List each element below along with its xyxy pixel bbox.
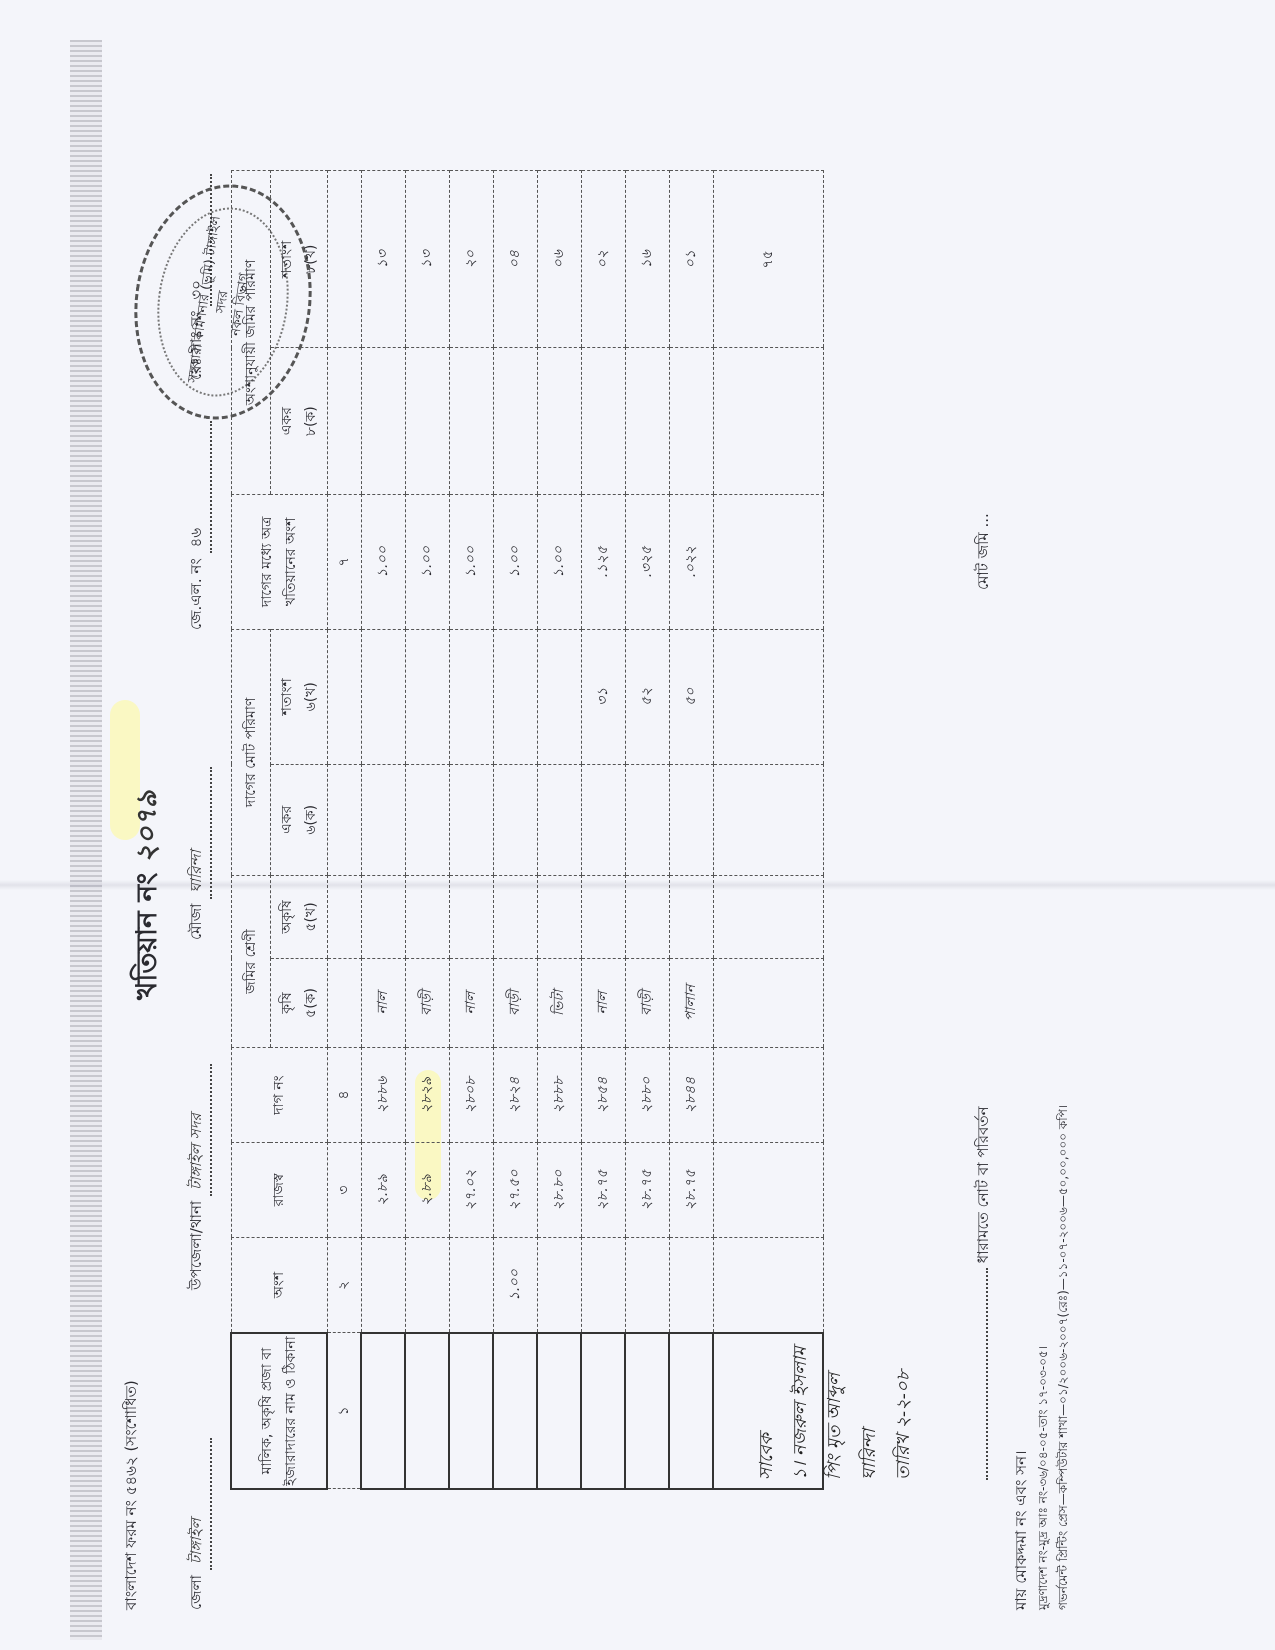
blank-row: ৭৫ xyxy=(713,171,823,1490)
cell-s_decimal: ১৬ xyxy=(625,171,669,348)
cell-share xyxy=(449,1238,493,1334)
owner-entry: ১। নজরুল ইসলাম xyxy=(784,1346,818,1480)
cell-empty xyxy=(713,348,823,494)
cell-s_acre xyxy=(361,348,405,494)
remarks-line: ধারামতে নোট বা পরিবর্তন xyxy=(972,1106,997,1480)
cell-class: নাল xyxy=(449,958,493,1047)
col-owner: মালিক, অকৃষি প্রজা বা ইজারাদারের নাম ও ঠ… xyxy=(231,1333,327,1489)
cell-revenue: ২৮.৭৫ xyxy=(581,1143,625,1238)
cell-decimal xyxy=(449,629,493,764)
cell-dag_share: ১.০০ xyxy=(493,494,537,629)
district-label: জেলা xyxy=(187,1575,205,1610)
col-revenue: রাজস্ব xyxy=(231,1143,327,1238)
khatian-rows: ২.৮৯২৮৮৬নাল১.০০১৩২.৮৯২৮২৯বাড়ী১.০০১৩২৭.০… xyxy=(361,171,823,1490)
col-number: ৩ xyxy=(327,1143,361,1238)
col-number: ৪ xyxy=(327,1048,361,1143)
upazila-value: টাঙ্গাইল সদর xyxy=(185,1064,212,1196)
cell-decimal: ৫২ xyxy=(625,629,669,764)
cell-nonagri xyxy=(669,875,713,958)
cell-dag: ২৮০৮ xyxy=(449,1048,493,1143)
scan-edge-shadow xyxy=(70,40,102,1640)
col-dag-share: দাগের মধ্যে অত্র খতিয়ানের অংশ xyxy=(231,494,327,629)
cell-acre xyxy=(361,764,405,875)
cell-s_acre xyxy=(405,348,449,494)
mouza-value: ঘারিন্দা xyxy=(185,767,212,899)
cell-dag_share: ১.০০ xyxy=(361,494,405,629)
cell-acre xyxy=(669,764,713,875)
title-label: খতিয়ান নং xyxy=(130,873,163,1000)
cell-dag_share: ১.০০ xyxy=(537,494,581,629)
cell-decimal xyxy=(405,629,449,764)
jl-field: জে.এল. নং ৪৬ xyxy=(185,421,212,630)
cell-class: নাল xyxy=(361,958,405,1047)
cell-class: বাড়ী xyxy=(625,958,669,1047)
khatian-table: মালিক, অকৃষি প্রজা বা ইজারাদারের নাম ও ঠ… xyxy=(230,170,824,1490)
cell-empty xyxy=(713,1048,823,1143)
district-value: টাঙ্গাইল xyxy=(185,1438,212,1570)
cell-dag: ২৮৮৬ xyxy=(361,1048,405,1143)
owner-entry: তারিখ ২-২-০৮ xyxy=(887,1346,921,1480)
cell-class: বাড়ী xyxy=(493,958,537,1047)
cell-empty xyxy=(713,958,823,1047)
cell-dag: ২৮৮৮ xyxy=(537,1048,581,1143)
cell-empty xyxy=(713,494,823,629)
cell-s_decimal: ০১ xyxy=(669,171,713,348)
total-land-label: মোট জমি xyxy=(974,532,992,590)
cell-s_acre xyxy=(449,348,493,494)
table-row: ২৭.০২২৮০৮নাল১.০০২০ xyxy=(449,171,493,1490)
cell-acre xyxy=(493,764,537,875)
cell-empty xyxy=(713,1143,823,1238)
cell-owner xyxy=(581,1333,625,1489)
table-row: ২.৮৯২৮৮৬নাল১.০০১৩ xyxy=(361,171,405,1490)
cell-decimal xyxy=(537,629,581,764)
cell-share: ১.০০ xyxy=(493,1238,537,1334)
table-row: ২৮.৭৫২৮৮০বাড়ী৫২.৩২৫১৬ xyxy=(625,171,669,1490)
cell-share xyxy=(625,1238,669,1334)
cell-nonagri xyxy=(537,875,581,958)
cell-owner xyxy=(537,1333,581,1489)
cell-acre xyxy=(581,764,625,875)
col-decimal: শতাংশ৬(খ) xyxy=(270,629,327,764)
owner-entry: সাবেক xyxy=(750,1346,784,1480)
cell-s_decimal: ০৪ xyxy=(493,171,537,348)
cell-empty xyxy=(713,629,823,764)
cell-class: ভিটা xyxy=(537,958,581,1047)
col-dag-total: দাগের মোট পরিমাণ xyxy=(231,629,270,875)
cell-dag_share: .১২৫ xyxy=(581,494,625,629)
cell-s_acre xyxy=(669,348,713,494)
cell-acre xyxy=(625,764,669,875)
cell-s_acre xyxy=(625,348,669,494)
column-number-row: ১ ২ ৩ ৪ ৭ xyxy=(327,171,361,1490)
table-row: ১.০০২৭.৫০২৮২৪বাড়ী১.০০০৪ xyxy=(493,171,537,1490)
cell-revenue: ২৭.০২ xyxy=(449,1143,493,1238)
cell-s_decimal: ১৩ xyxy=(361,171,405,348)
cell-owner xyxy=(405,1333,449,1489)
total-land: মোট জমি ... xyxy=(972,513,997,590)
cell-nonagri xyxy=(493,875,537,958)
cell-dag_share: ১.০০ xyxy=(405,494,449,629)
mouza-label: মৌজা xyxy=(187,904,205,940)
cell-decimal: ৩১ xyxy=(581,629,625,764)
cell-owner xyxy=(625,1333,669,1489)
khatian-form: বাংলাদেশ ফরম নং ৫৪৬২ (সংশোধিত) খতিয়ান ন… xyxy=(110,150,1070,1620)
col-acre: একর৬(ক) xyxy=(270,764,327,875)
cell-s_decimal: ১৩ xyxy=(405,171,449,348)
col-number: ১ xyxy=(327,1333,361,1489)
press-imprint: গভর্নমেন্ট প্রিন্টিং প্রেস—কম্পিউটার শাখ… xyxy=(1055,1105,1075,1610)
gazette-form-header: বাংলাদেশ ফরম নং ৫৪৬২ (সংশোধিত) xyxy=(120,1380,145,1610)
table-row: ২.৮৯২৮২৯বাড়ী১.০০১৩ xyxy=(405,171,449,1490)
cell-nonagri xyxy=(625,875,669,958)
col-number: ২ xyxy=(327,1238,361,1334)
table-row: ২৮.৭৫২৮৪৪পালান৫০.০২২০১ xyxy=(669,171,713,1490)
cell-revenue: ২৮.৭৫ xyxy=(669,1143,713,1238)
cell-share xyxy=(669,1238,713,1334)
cell-owner xyxy=(361,1333,405,1489)
print-order: মুদ্রণাদেশ নং-মুদ্র আঃ নং-৩৬/০৪-০৫-তাং ১… xyxy=(1035,1346,1055,1610)
upazila-field: উপজেলা/থানা টাঙ্গাইল সদর xyxy=(185,1064,212,1290)
col-number: ৭ xyxy=(327,494,361,629)
col-dag: দাগ নং xyxy=(231,1048,327,1143)
cell-s_decimal: ০৬ xyxy=(537,171,581,348)
col-nonagri: অকৃষি৫(খ) xyxy=(270,875,327,958)
cell-dag: ২৮৪৪ xyxy=(669,1048,713,1143)
cell-acre xyxy=(405,764,449,875)
jl-value: ৪৬ xyxy=(185,421,212,553)
owner-entry: পিং মৃত আব্দুল xyxy=(818,1346,852,1480)
col-share: অংশ xyxy=(231,1238,327,1334)
cell-acre xyxy=(537,764,581,875)
case-number-label: মায় মোকদ্দমা নং এবং সন। xyxy=(1010,1451,1035,1610)
cell-acre xyxy=(449,764,493,875)
cell-nonagri xyxy=(449,875,493,958)
cell-revenue: ২৮.৮০ xyxy=(537,1143,581,1238)
cell-s_decimal: ২০ xyxy=(449,171,493,348)
cell-share xyxy=(581,1238,625,1334)
mouza-field: মৌজা ঘারিন্দা xyxy=(185,767,212,940)
cell-empty xyxy=(713,764,823,875)
cell-s_decimal: ০২ xyxy=(581,171,625,348)
cell-nonagri xyxy=(405,875,449,958)
cell-nonagri xyxy=(361,875,405,958)
cell-owner xyxy=(493,1333,537,1489)
cell-empty: ৭৫ xyxy=(713,171,823,348)
khatian-number: ২০৭৯ xyxy=(130,790,163,863)
cell-s_acre xyxy=(537,348,581,494)
jl-label: জে.এল. নং xyxy=(187,558,205,630)
page-title: খতিয়ান নং ২০৭৯ xyxy=(125,790,172,1000)
cell-dag: ২৮৮০ xyxy=(625,1048,669,1143)
cell-class: পালান xyxy=(669,958,713,1047)
district-field: জেলা টাঙ্গাইল xyxy=(185,1438,212,1610)
cell-dag: ২৮২৪ xyxy=(493,1048,537,1143)
cell-dag: ২৮৫৪ xyxy=(581,1048,625,1143)
cell-dag_share: .০২২ xyxy=(669,494,713,629)
col-share-area: অংশানুযায়ী জমির পরিমাণ xyxy=(231,171,270,495)
cell-decimal xyxy=(493,629,537,764)
cell-decimal: ৫০ xyxy=(669,629,713,764)
cell-nonagri xyxy=(581,875,625,958)
cell-share xyxy=(537,1238,581,1334)
cell-owner xyxy=(449,1333,493,1489)
owner-entry: ঘারিন্দা xyxy=(853,1346,887,1480)
cell-revenue: ২.৮৯ xyxy=(361,1143,405,1238)
cell-s_acre xyxy=(493,348,537,494)
cell-share xyxy=(361,1238,405,1334)
cell-s_acre xyxy=(581,348,625,494)
cell-dag: ২৮২৯ xyxy=(405,1048,449,1143)
cell-revenue: ২.৮৯ xyxy=(405,1143,449,1238)
cell-class: বাড়ী xyxy=(405,958,449,1047)
cell-empty xyxy=(713,1238,823,1334)
cell-owner xyxy=(669,1333,713,1489)
cell-class: নাল xyxy=(581,958,625,1047)
col-share-acre: একর৮(ক) xyxy=(270,348,327,494)
upazila-label: উপজেলা/থানা xyxy=(187,1201,205,1290)
cell-dag_share: ১.০০ xyxy=(449,494,493,629)
owner-entries: সাবেক১। নজরুল ইসলামপিং মৃত আব্দুলঘারিন্দ… xyxy=(750,1346,921,1480)
remarks-label: ধারামতে নোট বা পরিবর্তন xyxy=(974,1106,992,1263)
cell-dag_share: .৩২৫ xyxy=(625,494,669,629)
col-land-class: জমির শ্রেণী xyxy=(231,875,270,1047)
cell-decimal xyxy=(361,629,405,764)
cell-share xyxy=(405,1238,449,1334)
col-agri: কৃষি৫(ক) xyxy=(270,958,327,1047)
cell-revenue: ২৮.৭৫ xyxy=(625,1143,669,1238)
table-row: ২৮.৮০২৮৮৮ভিটা১.০০০৬ xyxy=(537,171,581,1490)
cell-revenue: ২৭.৫০ xyxy=(493,1143,537,1238)
cell-empty xyxy=(713,875,823,958)
col-share-decimal: শতাংশ৮(খ) xyxy=(270,171,327,348)
table-row: ২৮.৭৫২৮৫৪নাল৩১.১২৫০২ xyxy=(581,171,625,1490)
